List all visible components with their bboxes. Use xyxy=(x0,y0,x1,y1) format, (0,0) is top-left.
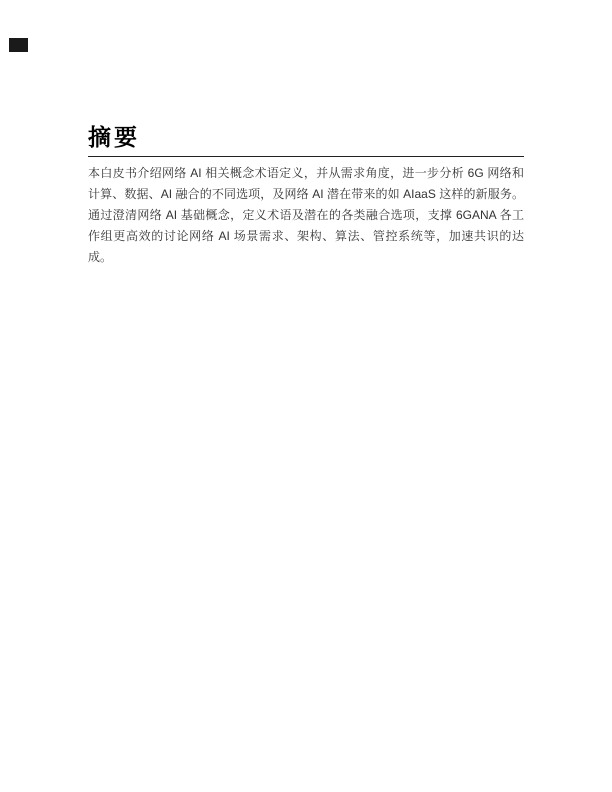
heading-divider xyxy=(88,156,524,157)
abstract-heading: 摘要 xyxy=(88,124,524,150)
corner-mark xyxy=(9,38,28,52)
abstract-paragraph: 本白皮书介绍网络 AI 相关概念术语定义，并从需求角度，进一步分析 6G 网络和… xyxy=(88,163,524,268)
document-page: 摘要 本白皮书介绍网络 AI 相关概念术语定义，并从需求角度，进一步分析 6G … xyxy=(0,0,612,792)
